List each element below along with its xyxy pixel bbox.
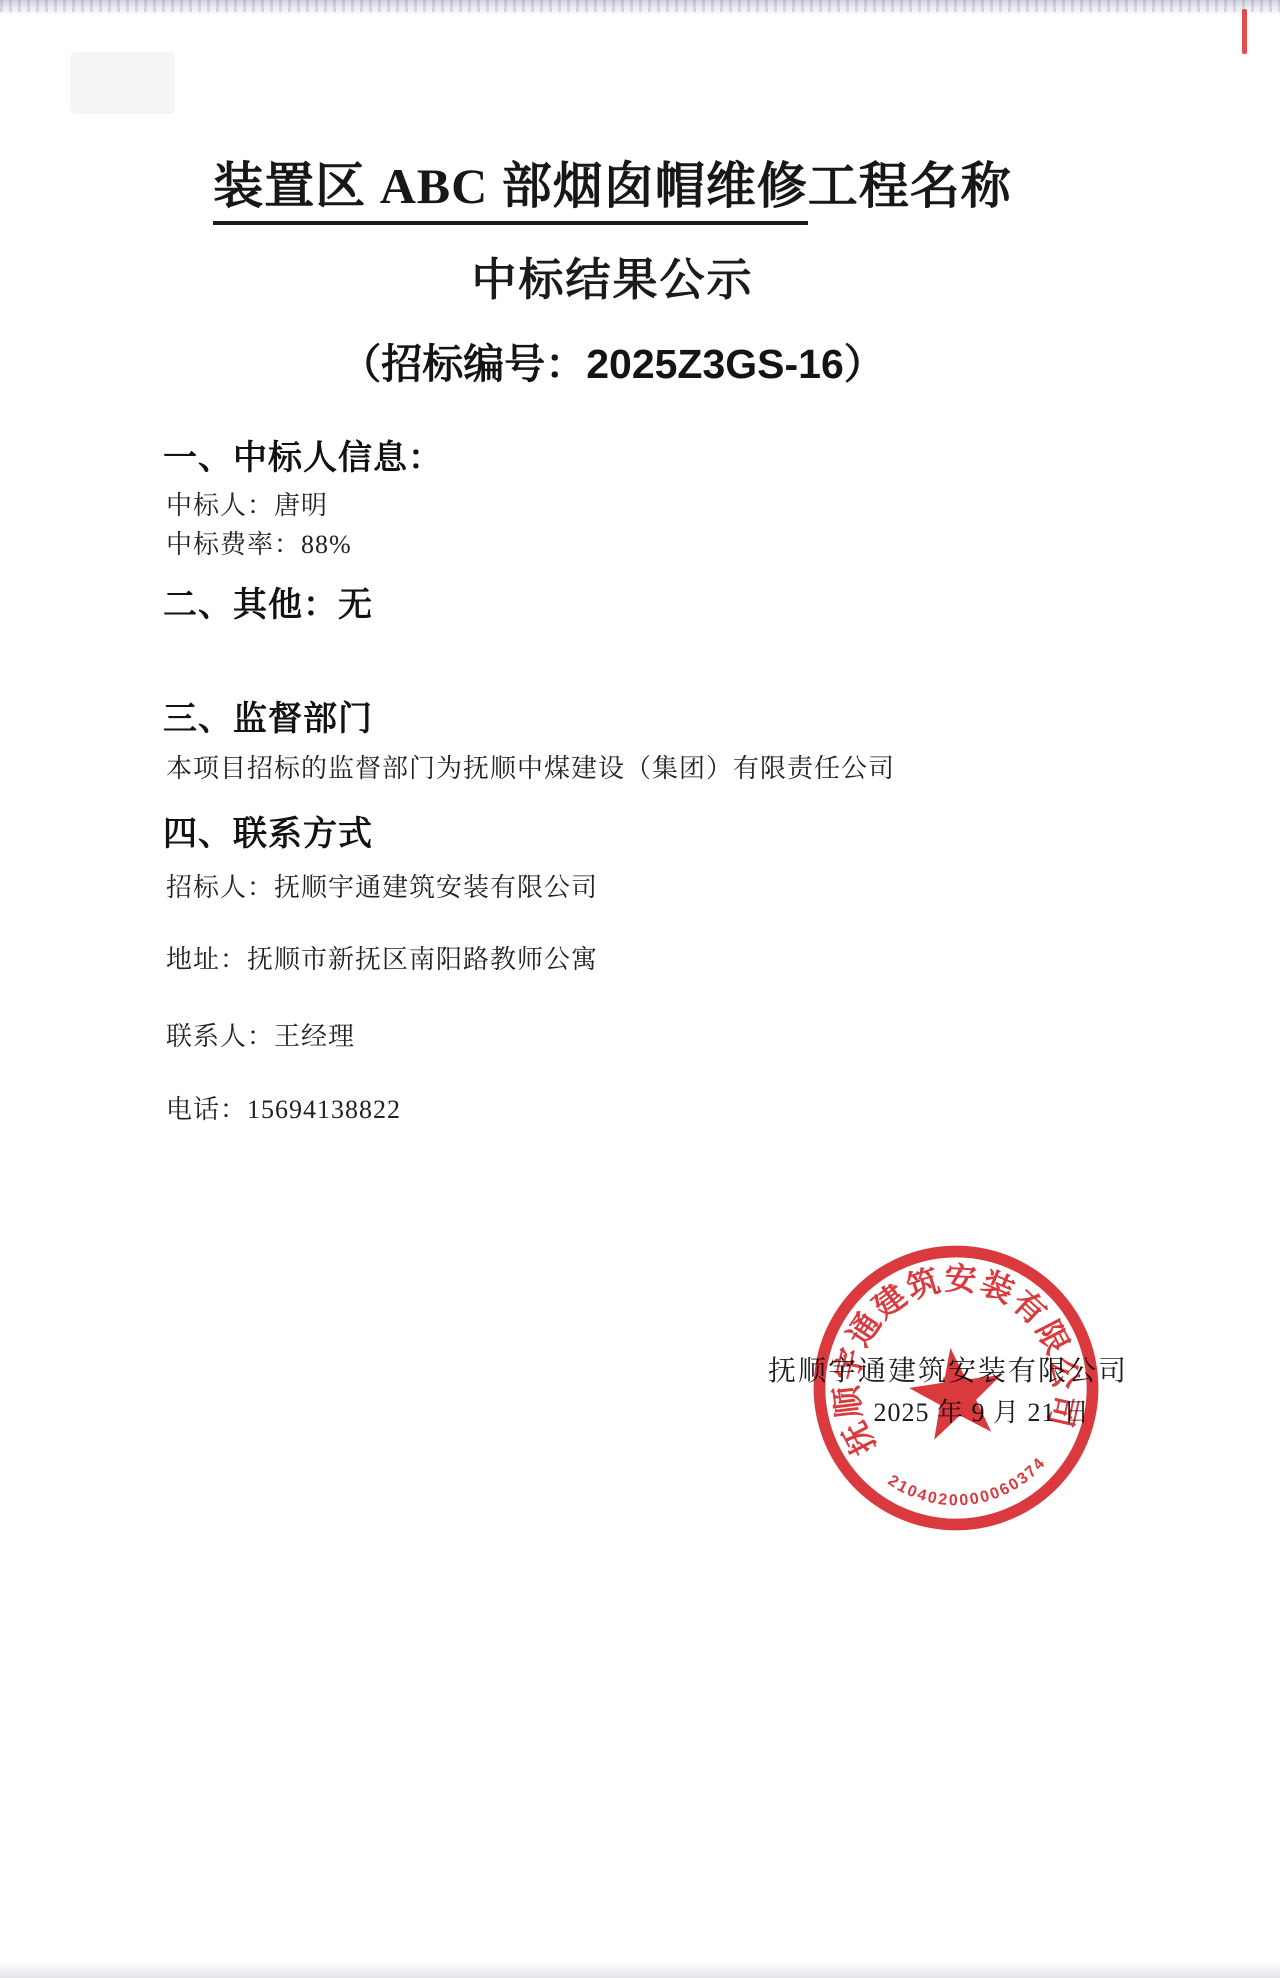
tender-number-line: （招标编号：2025Z3GS-16） bbox=[0, 331, 1225, 390]
scan-red-mark bbox=[1242, 9, 1247, 54]
winner-name-line: 中标人：唐明 bbox=[166, 485, 328, 522]
document-title-rest: 工程名称 bbox=[808, 158, 1012, 214]
document-title-underlined: 装置区 ABC 部烟囱帽维修 bbox=[213, 158, 808, 225]
tender-number-prefix: （招标编号： bbox=[340, 341, 586, 387]
scan-artifact-topleft-smudge bbox=[70, 52, 175, 114]
section-1-heading: 一、中标人信息： bbox=[163, 430, 443, 479]
section-2-heading: 二、其他：无 bbox=[163, 577, 373, 626]
tenderer-line: 招标人：抚顺宇通建筑安装有限公司 bbox=[166, 867, 598, 904]
winning-rate-line: 中标费率：88% bbox=[166, 524, 352, 561]
address-line: 地址：抚顺市新抚区南阳路教师公寓 bbox=[166, 939, 598, 976]
star-icon bbox=[904, 1341, 1009, 1442]
phone-line: 电话：15694138822 bbox=[166, 1089, 401, 1126]
document-subtitle: 中标结果公示 bbox=[0, 243, 1225, 308]
tender-number-suffix: ） bbox=[844, 341, 885, 387]
company-seal-stamp: 抚顺宇通建筑安装有限公司 2104020000060374 bbox=[775, 1207, 1136, 1568]
scan-artifact-top-noise bbox=[0, 0, 1280, 12]
document-title: 装置区 ABC 部烟囱帽维修工程名称 bbox=[0, 146, 1225, 218]
section-3-heading: 三、监督部门 bbox=[163, 691, 373, 740]
tender-number-code: 2025Z3GS-16 bbox=[586, 341, 844, 387]
scanned-document: { "doc": { "title": { "underlined": "装置区… bbox=[0, 0, 1280, 1978]
scan-artifact-bottom-band bbox=[0, 1962, 1280, 1978]
section-4-heading: 四、联系方式 bbox=[163, 806, 373, 855]
supervision-body-line: 本项目招标的监督部门为抚顺中煤建设（集团）有限责任公司 bbox=[166, 748, 895, 785]
contact-person-line: 联系人：王经理 bbox=[166, 1016, 355, 1053]
